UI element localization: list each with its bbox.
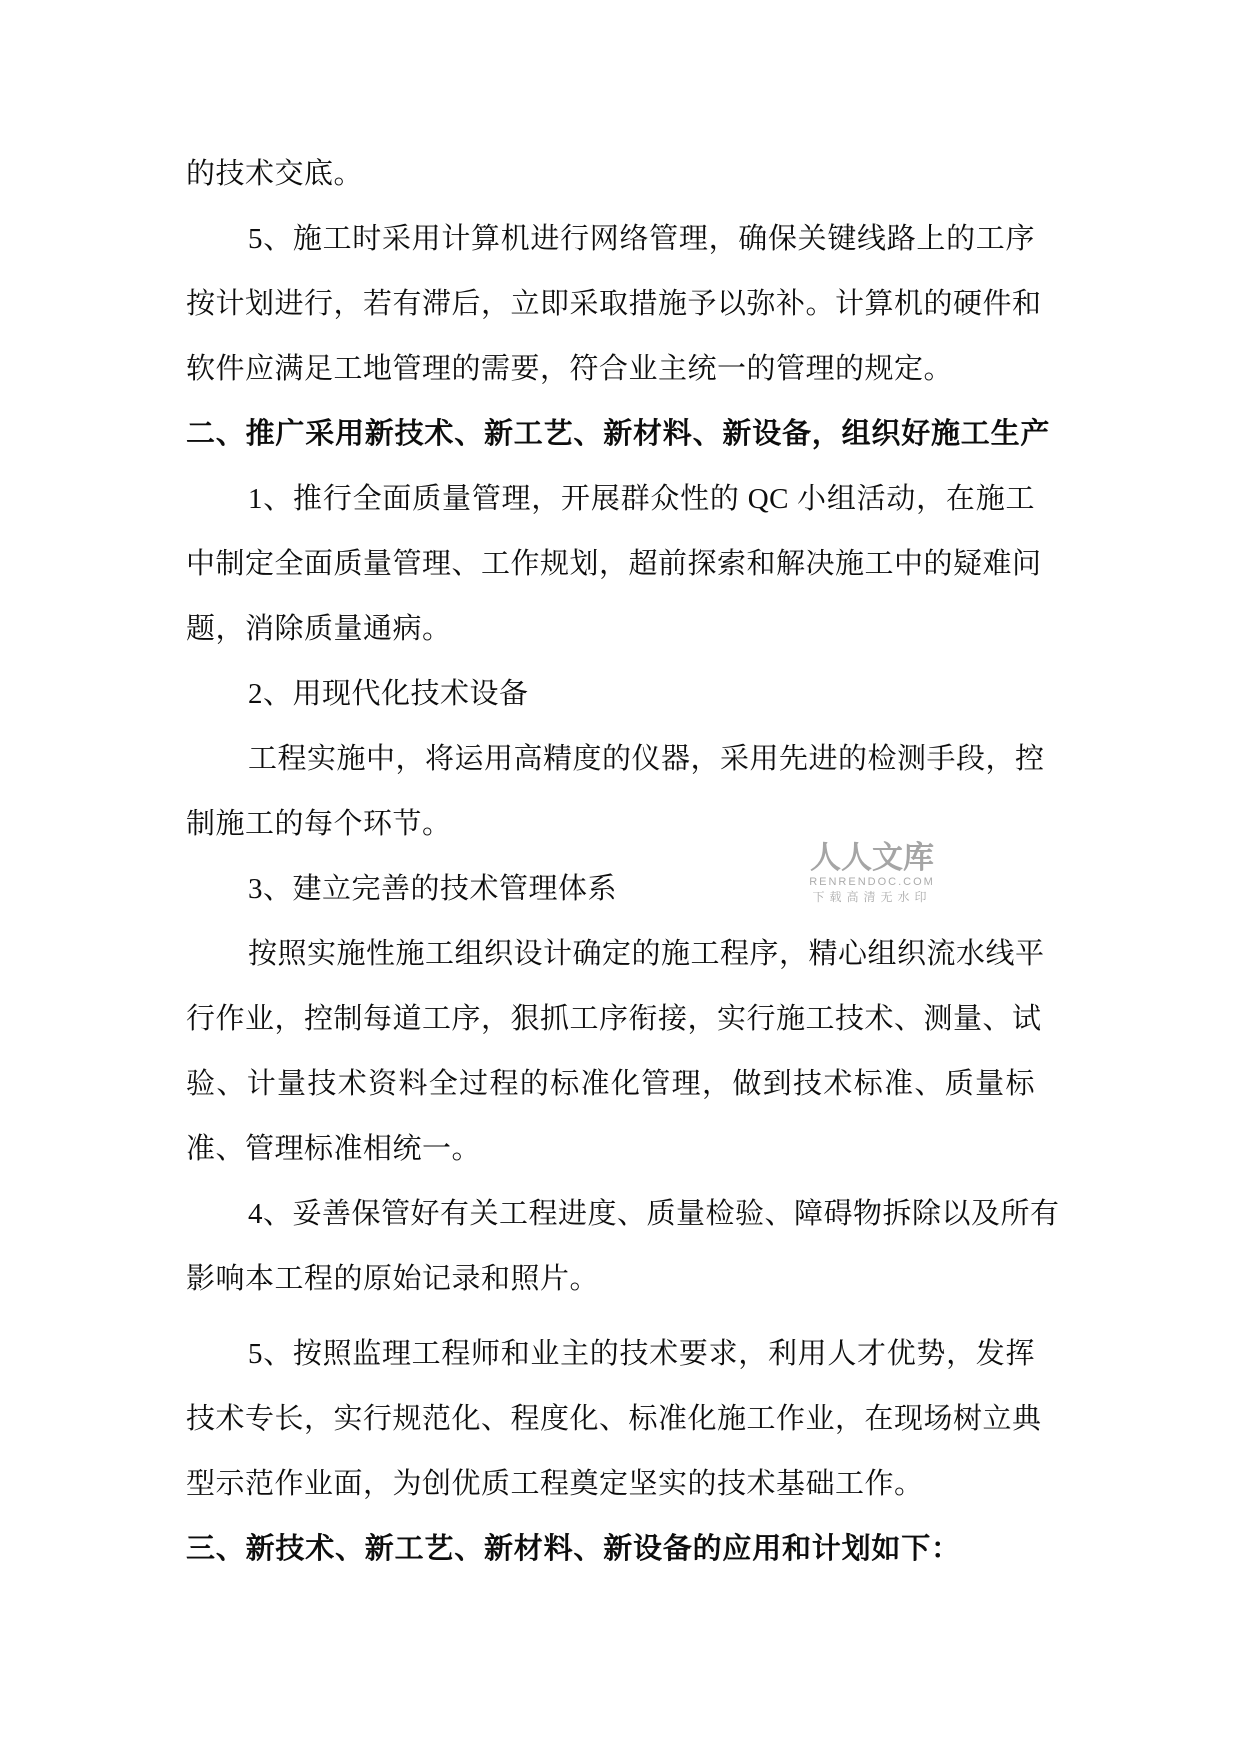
doc-line-20: 技术专长，实行规范化、程度化、标准化施工作业，在现场树立典 (186, 1387, 1035, 1452)
doc-line-9-item-2: 2、用现代化技术设备 (186, 662, 1035, 727)
doc-line-3: 按计划进行，若有滞后，立即采取措施予以弥补。计算机的硬件和 (186, 272, 1035, 337)
doc-line-4: 软件应满足工地管理的需要，符合业主统一的管理的规定。 (186, 337, 1035, 402)
doc-line-19-item-5: 5、按照监理工程师和业主的技术要求，利用人才优势，发挥 (186, 1322, 1035, 1387)
doc-line-17-item-4: 4、妥善保管好有关工程进度、质量检验、障碍物拆除以及所有 (186, 1182, 1035, 1247)
watermark: 人人文库 RENRENDOC.COM 下载高清无水印 (806, 842, 938, 904)
doc-line-21: 型示范作业面，为创优质工程奠定坚实的技术基础工作。 (186, 1452, 1035, 1517)
watermark-domain-text: RENRENDOC.COM (806, 876, 938, 888)
doc-line-6-item-1: 1、推行全面质量管理，开展群众性的 QC 小组活动，在施工 (186, 467, 1035, 532)
doc-line-15: 验、计量技术资料全过程的标准化管理，做到技术标准、质量标 (186, 1052, 1035, 1117)
doc-line-7: 中制定全面质量管理、工作规划，超前探索和解决施工中的疑难问 (186, 532, 1035, 597)
heading-section-2: 二、推广采用新技术、新工艺、新材料、新设备，组织好施工生产 (186, 402, 1035, 467)
doc-line-13: 按照实施性施工组织设计确定的施工程序，精心组织流水线平 (186, 922, 1035, 987)
watermark-tagline-text: 下载高清无水印 (806, 891, 938, 904)
doc-line-1: 的技术交底。 (186, 142, 1035, 207)
watermark-logo-text: 人人文库 (806, 842, 938, 874)
heading-section-3: 三、新技术、新工艺、新材料、新设备的应用和计划如下： (186, 1517, 1035, 1582)
doc-line-14: 行作业，控制每道工序，狠抓工序衔接，实行施工技术、测量、试 (186, 987, 1035, 1052)
doc-line-16: 准、管理标准相统一。 (186, 1117, 1035, 1182)
doc-line-10: 工程实施中，将运用高精度的仪器，采用先进的检测手段，控 (186, 727, 1035, 792)
doc-line-2-item-5: 5、施工时采用计算机进行网络管理，确保关键线路上的工序 (186, 207, 1035, 272)
doc-line-18: 影响本工程的原始记录和照片。 (186, 1247, 1035, 1312)
doc-line-8: 题，消除质量通病。 (186, 597, 1035, 662)
document-page: 的技术交底。 5、施工时采用计算机进行网络管理，确保关键线路上的工序 按计划进行… (0, 0, 1240, 1753)
